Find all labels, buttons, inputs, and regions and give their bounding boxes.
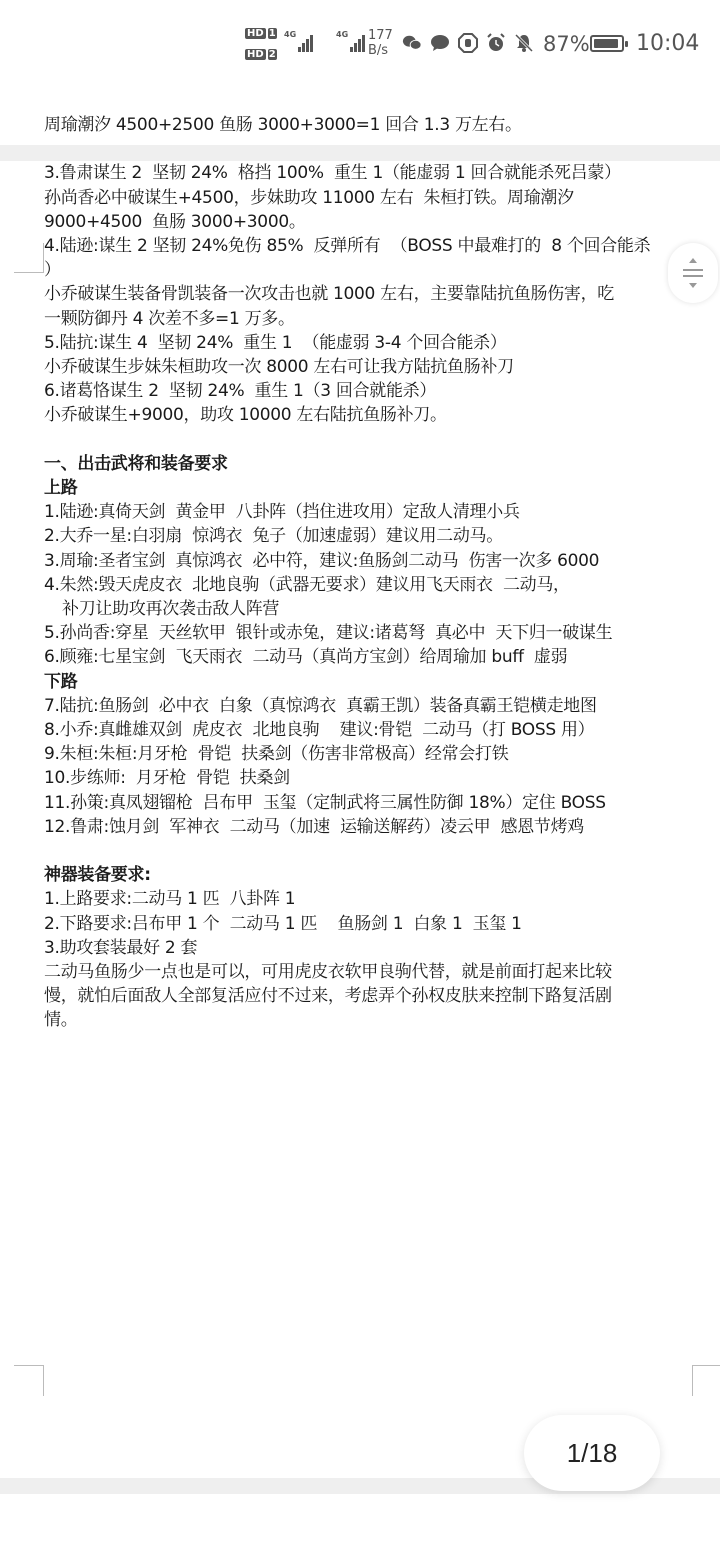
scroll-handle[interactable] [668, 243, 718, 303]
doc-line: 小乔破谋生步妹朱桓助攻一次 8000 左右可让我方陆抗鱼肠补刀 [44, 355, 704, 379]
subsection-heading-lower-road: 下路 [44, 670, 704, 694]
doc-line: 小乔破谋生装备骨凯装备一次攻击也就 1000 左右，主要靠陆抗鱼肠伤害，吃 [44, 282, 704, 306]
doc-line: 3.助攻套装最好 2 套 [44, 936, 704, 960]
page-indicator[interactable]: 1/18 [524, 1415, 660, 1491]
sim1-number: 1 [268, 28, 277, 39]
doc-line: 2.下路要求:吕布甲 1 个 二动马 1 匹 鱼肠剑 1 白象 1 玉玺 1 [44, 912, 704, 936]
hand-block-icon [458, 33, 478, 53]
doc-line: 2.大乔一星:白羽扇 惊鸿衣 兔子（加速虚弱）建议用二动马。 [44, 524, 704, 548]
drag-handle-line [683, 275, 703, 277]
sim2-number: 2 [268, 49, 277, 60]
page-indicator-label: 1/18 [567, 1438, 618, 1469]
page-corner-mark-bottom-left [14, 1365, 44, 1396]
sim2-hd-icon: HD2 [245, 49, 277, 60]
doc-line: 9.朱桓:朱桓:月牙枪 骨铠 扶桑剑（伤害非常极高）经常会打铁 [44, 742, 704, 766]
sim1-hd-icon: HD1 [245, 28, 277, 39]
doc-line: 11.孙策:真凤翅镏枪 吕布甲 玉玺（定制武将三属性防御 18%）定住 BOSS [44, 791, 704, 815]
doc-line: 4.陆逊:谋生 2 坚韧 24%免伤 85% 反弹所有 （BOSS 中最难打的 … [44, 234, 704, 258]
doc-line: 8.小乔:真雌雄双剑 虎皮衣 北地良驹 建议:骨铠 二动马（打 BOSS 用） [44, 718, 704, 742]
network-type-1: 4G [284, 30, 296, 39]
doc-line: 周瑜潮汐 4500+2500 鱼肠 3000+3000=1 回合 1.3 万左右… [44, 113, 704, 137]
doc-line: 二动马鱼肠少一点也是可以，可用虎皮衣软甲良驹代替，就是前面打起来比较 [44, 960, 704, 984]
sim1-label: HD [245, 28, 266, 39]
clock-time: 10:04 [636, 31, 699, 56]
network-type-2: 4G [336, 30, 348, 39]
sim2-label: HD [245, 49, 266, 60]
doc-line: 1.陆逊:真倚天剑 黄金甲 八卦阵（挡住进攻用）定敌人清理小兵 [44, 500, 704, 524]
page-corner-mark-bottom-right [692, 1365, 720, 1396]
network-speed-unit: B/s [368, 43, 393, 58]
doc-line: 一颗防御丹 4 次差不多=1 万多。 [44, 307, 704, 331]
signal-strength-icon-2: 4G [336, 30, 365, 52]
wechat-icon [402, 33, 422, 53]
document-body: 周瑜潮汐 4500+2500 鱼肠 3000+3000=1 回合 1.3 万左右… [44, 113, 704, 1033]
signal-strength-icon-1: 4G [284, 30, 313, 52]
doc-line: 3.鲁肃谋生 2 坚韧 24% 格挡 100% 重生 1（能虚弱 1 回合就能杀… [44, 161, 704, 185]
doc-line: 6.顾雍:七星宝剑 飞天雨衣 二动马（真尚方宝剑）给周瑜加 buff 虚弱 [44, 645, 704, 669]
doc-blank-line [44, 839, 704, 863]
scroll-up-arrow-icon [689, 258, 697, 263]
doc-blank-line [44, 428, 704, 452]
doc-line: 6.诸葛恪谋生 2 坚韧 24% 重生 1（3 回合就能杀） [44, 379, 704, 403]
message-icon [430, 33, 450, 53]
doc-line: 慢，就怕后面敌人全部复活应付不过来，考虑弄个孙权皮肤来控制下路复活剧 [44, 984, 704, 1008]
mute-bell-icon [514, 33, 534, 53]
doc-line-indented: 补刀让助攻再次袭击敌人阵营 [44, 597, 704, 621]
doc-line: 3.周瑜:圣者宝剑 真惊鸿衣 必中符，建议:鱼肠剑二动马 伤害一次多 6000 [44, 549, 704, 573]
doc-line: ） [44, 258, 704, 282]
section-heading-artifact-requirements: 神器装备要求: [44, 863, 704, 887]
doc-line: 小乔破谋生+9000，助攻 10000 左右陆抗鱼肠补刀。 [44, 403, 704, 427]
network-speed: 177 B/s [368, 28, 393, 58]
doc-line: 7.陆抗:鱼肠剑 必中衣 白象（真惊鸿衣 真霸王凯）装备真霸王铠横走地图 [44, 694, 704, 718]
alarm-icon [486, 33, 506, 53]
battery-icon [590, 35, 624, 52]
subsection-heading-upper-road: 上路 [44, 476, 704, 500]
doc-line: 12.鲁肃:蚀月剑 军神衣 二动马（加速 运输送解药）凌云甲 感恩节烤鸡 [44, 815, 704, 839]
status-bar: HD1 HD2 4G 4G 177 B/s 87% 10:04 [0, 0, 720, 90]
drag-handle-icon [683, 269, 703, 271]
page-corner-mark-top-left [14, 243, 44, 273]
doc-line: 9000+4500 鱼肠 3000+3000。 [44, 210, 704, 234]
doc-line: 5.孙尚香:穿星 天丝软甲 银针或赤兔，建议:诸葛弩 真必中 天下归一破谋生 [44, 621, 704, 645]
battery-percent: 87% [543, 32, 590, 56]
doc-line: 4.朱然:毁天虎皮衣 北地良驹（武器无要求）建议用飞天雨衣 二动马， [44, 573, 704, 597]
notification-icons [402, 33, 534, 53]
scroll-down-arrow-icon [689, 283, 697, 288]
network-speed-value: 177 [368, 28, 393, 43]
section-heading: 一、出击武将和装备要求 [44, 452, 704, 476]
doc-line: 5.陆抗:谋生 4 坚韧 24% 重生 1 （能虚弱 3-4 个回合能杀） [44, 331, 704, 355]
doc-line: 1.上路要求:二动马 1 匹 八卦阵 1 [44, 887, 704, 911]
doc-line: 孙尚香必中破谋生+4500，步妹助攻 11000 左右 朱桓打铁。周瑜潮汐 [44, 186, 704, 210]
doc-blank-line [44, 137, 704, 161]
doc-line: 10.步练师: 月牙枪 骨铠 扶桑剑 [44, 766, 704, 790]
doc-line: 情。 [44, 1008, 704, 1032]
